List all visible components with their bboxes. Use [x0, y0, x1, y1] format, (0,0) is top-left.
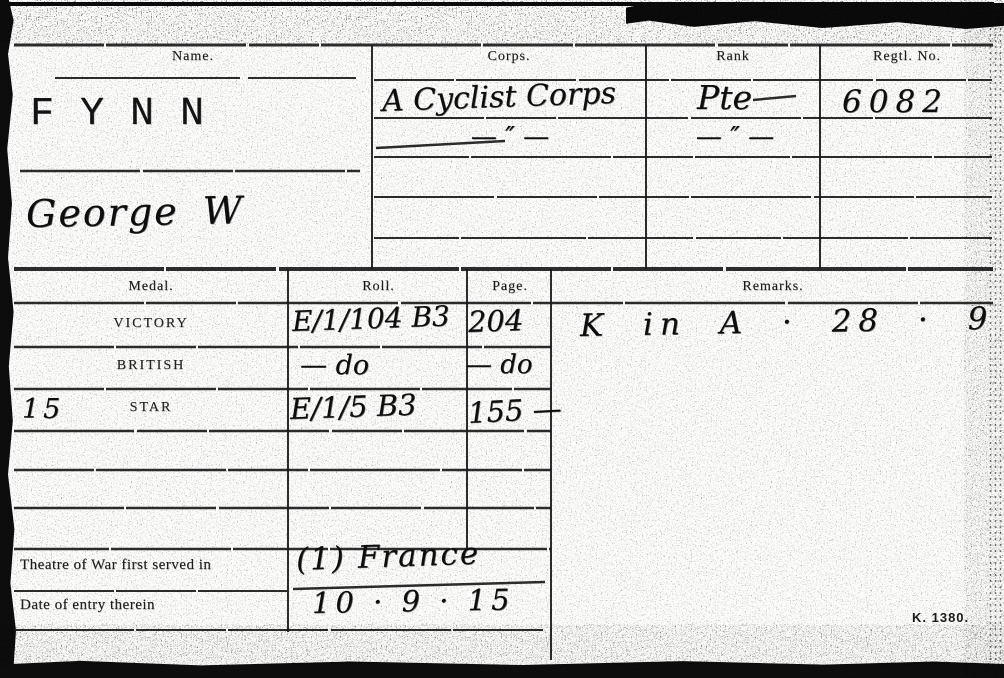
star-page-value: 155 — [467, 391, 562, 430]
medal-row-victory-label: VICTORY [14, 316, 288, 332]
name-column-header: Name. [14, 49, 372, 65]
medal-column-header: Medal. [14, 279, 288, 295]
victory-page-value: 204 [467, 303, 524, 339]
roll-column-header: Roll. [290, 279, 467, 295]
regtl-no-value: 6082 [842, 84, 949, 120]
surname-value: FYNN [30, 92, 230, 137]
medal-index-card: Name. Corps. Rank Regtl. No. FYNN George… [0, 0, 1004, 678]
british-roll-value: — do [300, 350, 369, 381]
star-medal-prefix-value: 15 [22, 394, 64, 425]
regtl-no-column-header: Regtl. No. [822, 49, 992, 65]
british-page-value: — do [466, 350, 533, 380]
page-column-header: Page. [469, 279, 551, 295]
corps-column-header: Corps. [374, 49, 644, 65]
remarks-column-header: Remarks. [553, 279, 993, 295]
corps-ditto-mark: — ″ — [400, 122, 620, 152]
medal-row-british-label: BRITISH [14, 358, 288, 374]
rank-ditto-mark: — ″ — [655, 122, 815, 152]
date-of-entry-value: 10 · 9 · 15 [312, 582, 515, 620]
rank-value: Pte [697, 78, 752, 117]
forenames-value: George W [26, 188, 245, 236]
theatre-of-war-value: (1) France [295, 536, 480, 578]
victory-roll-value: E/1/104 B3 [291, 300, 450, 338]
theatre-of-war-label: Theatre of War first served in [20, 557, 290, 574]
form-number: K. 1380. [912, 610, 969, 625]
date-of-entry-label: Date of entry therein [20, 597, 290, 614]
rank-column-header: Rank [648, 49, 818, 65]
star-roll-value: E/1/5 B3 [289, 388, 417, 426]
